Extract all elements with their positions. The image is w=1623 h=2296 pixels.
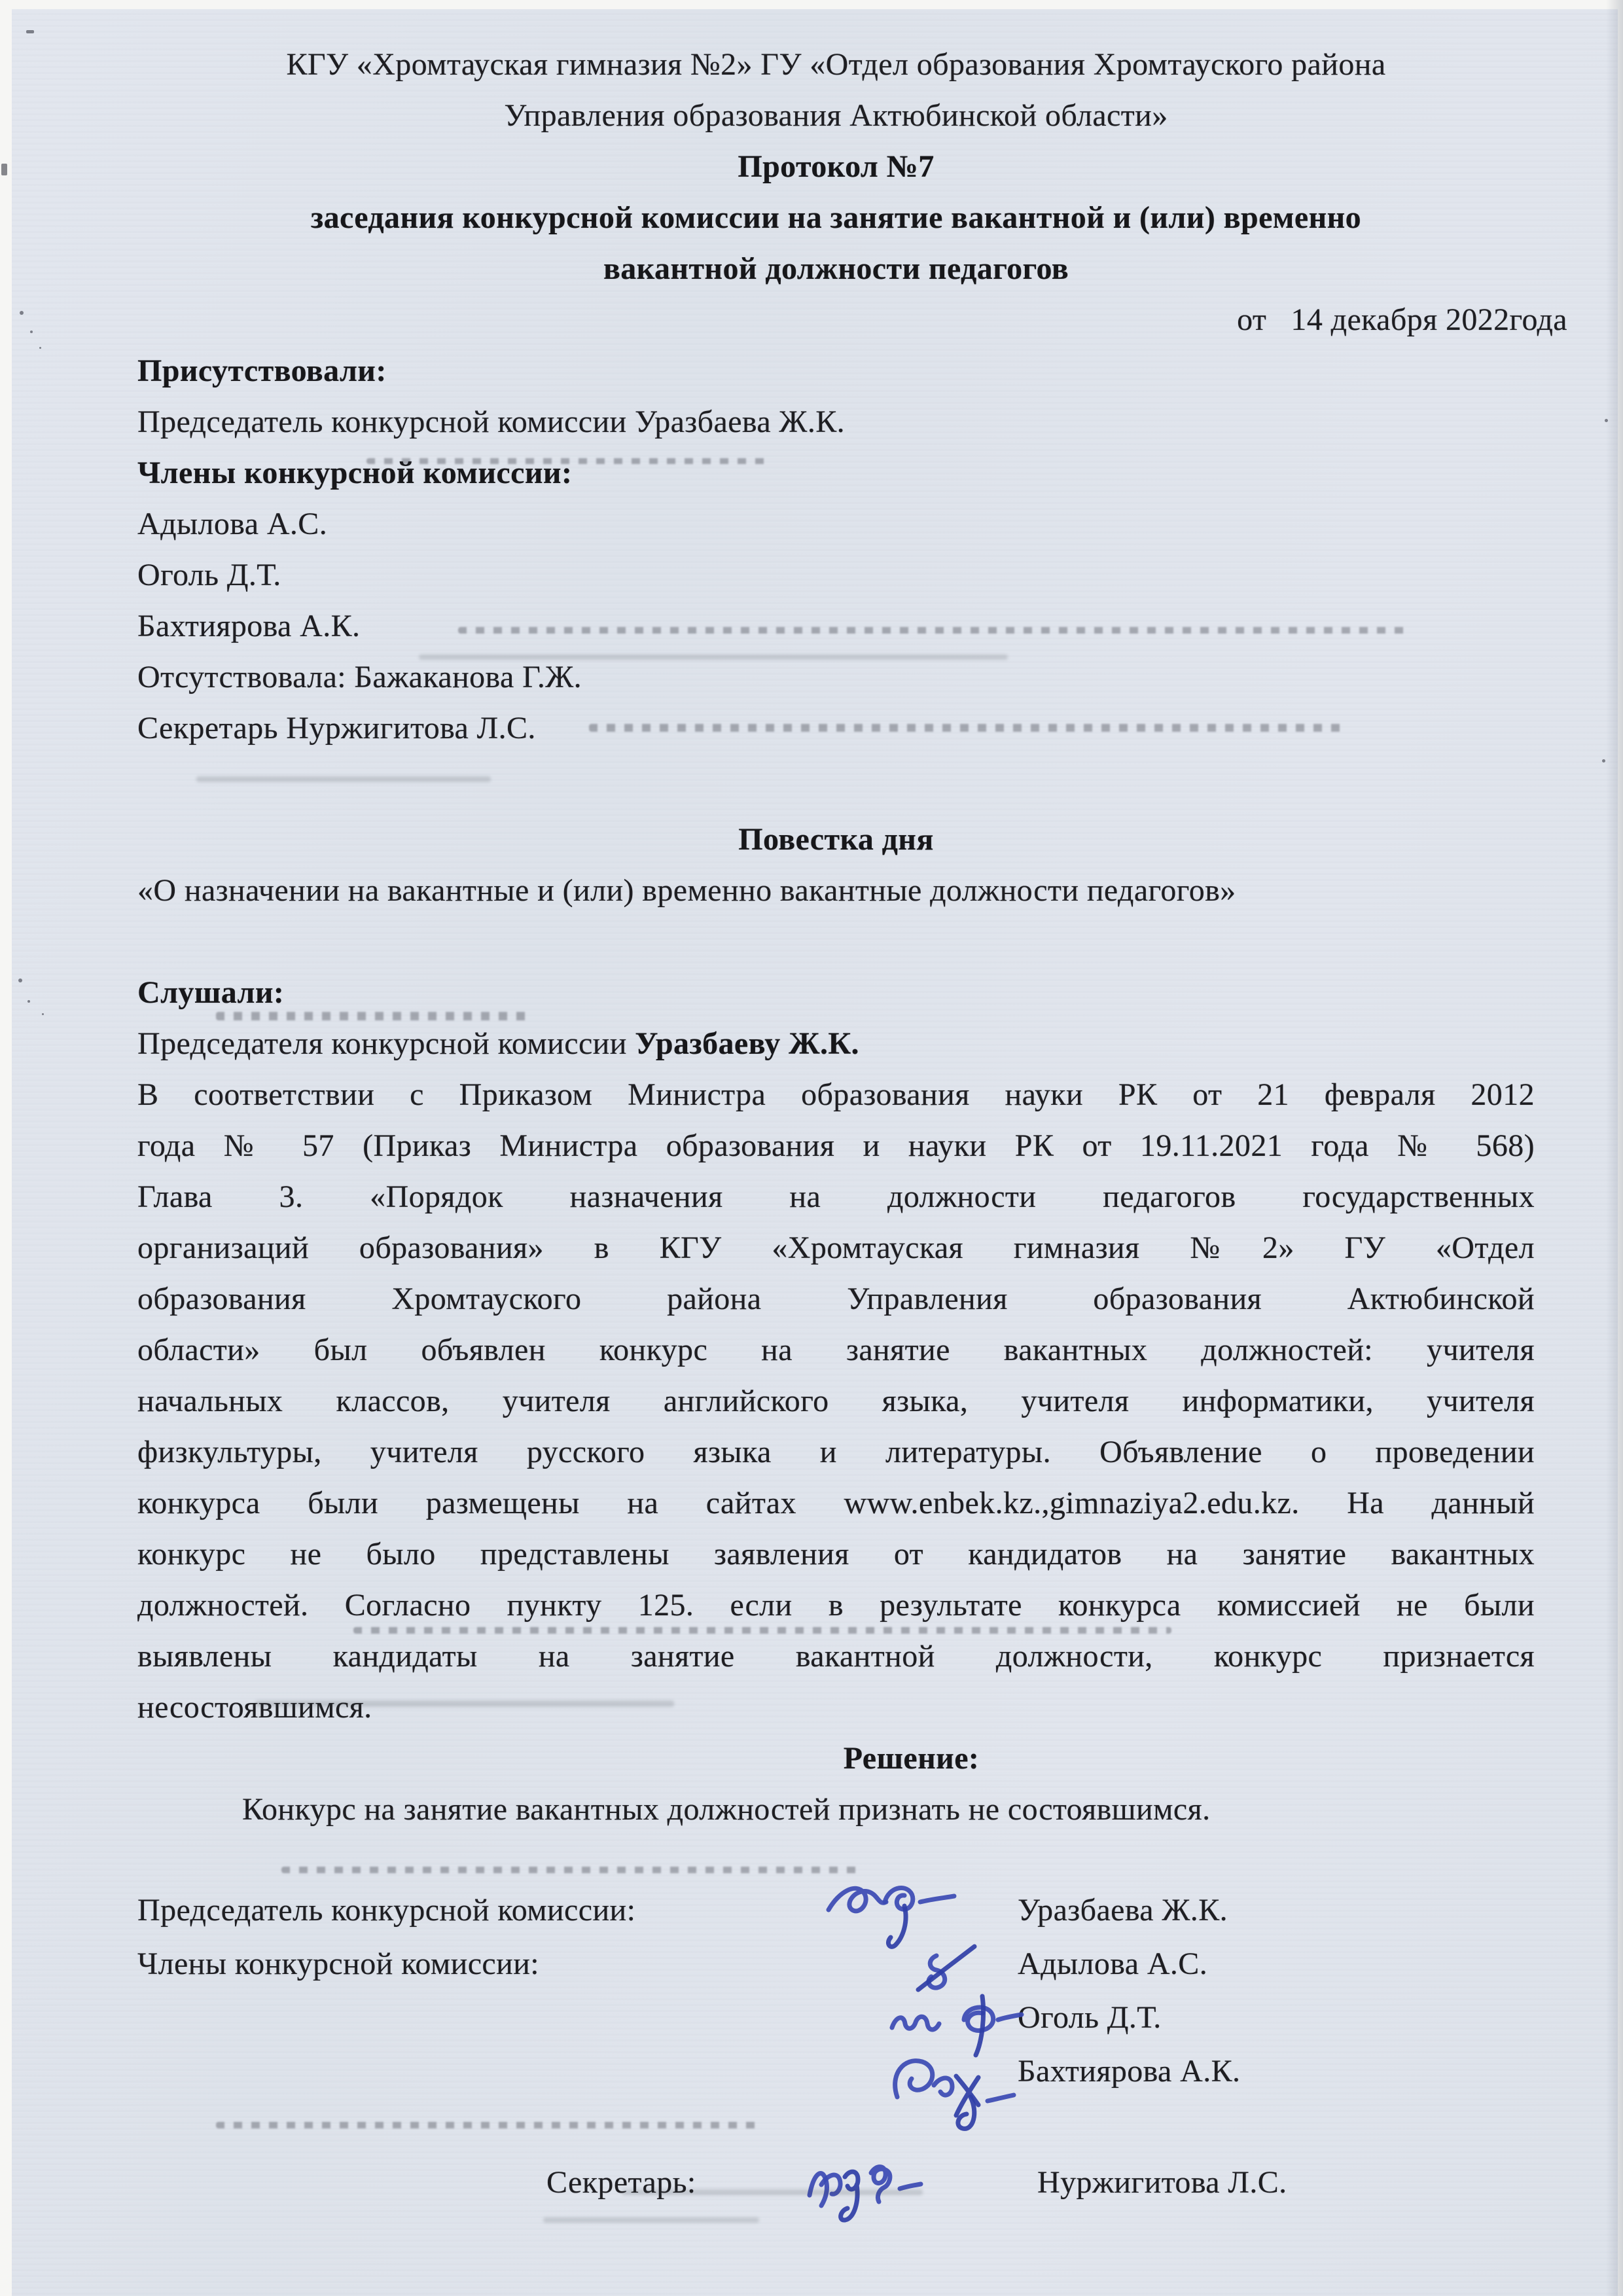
org-name-line-2: Управления образования Актюбинской облас… — [137, 90, 1535, 141]
body-line: конкурса были размещены на сайтах www.en… — [137, 1478, 1535, 1529]
secretary-label: Секретарь: — [546, 2157, 696, 2208]
signature-row-member: Оголь Д.Т. — [137, 1992, 1535, 2046]
heard-speaker-line: Председателя конкурсной комиссии Уразбае… — [137, 1018, 1535, 1069]
signee-name: Нуржигитова Л.С. — [1037, 2157, 1287, 2208]
body-line: В соответствии с Приказом Министра образ… — [137, 1069, 1535, 1121]
body-line: области» был объявлен конкурс на занятие… — [137, 1325, 1535, 1376]
signee-name: Бахтиярова А.К. — [1018, 2046, 1240, 2097]
chairman-attendance-line: Председатель конкурсной комиссии Уразбае… — [137, 397, 1535, 448]
signee-name: Уразбаева Ж.К. — [1018, 1885, 1228, 1936]
heard-speaker-prefix: Председателя конкурсной комиссии — [137, 1026, 635, 1061]
protocol-number-title: Протокол №7 — [137, 141, 1535, 192]
agenda-item: «О назначении на вакантные и (или) време… — [137, 865, 1535, 916]
scan-speckle — [1, 164, 7, 175]
meeting-subtitle-line-2: вакантной должности педагогов — [137, 243, 1535, 295]
signature-ink-nurzhigitova — [802, 2135, 946, 2240]
body-line: несостоявшимся. — [137, 1682, 1535, 1733]
signee-name: Оголь Д.Т. — [1018, 1992, 1162, 2043]
decision-heading: Решение: — [213, 1733, 1610, 1784]
body-line: года № 57 (Приказ Министра образования и… — [137, 1121, 1535, 1172]
signee-name: Адылова А.С. — [1018, 1939, 1207, 1990]
signature-row-member: Бахтиярова А.К. — [137, 2046, 1535, 2100]
org-name-line-1: КГУ «Хромтауская гимназия №2» ГУ «Отдел … — [137, 39, 1535, 90]
heard-speaker-name: Уразбаеву Ж.К. — [635, 1026, 859, 1061]
signature-label: Председатель конкурсной комиссии: — [137, 1885, 635, 1936]
body-line: конкурс не было представлены заявления о… — [137, 1529, 1535, 1580]
protocol-date: от 14 декабря 2022года — [137, 295, 1567, 346]
body-line: начальных классов, учителя английского я… — [137, 1376, 1535, 1427]
member-name: Бахтиярова А.К. — [137, 601, 1535, 652]
body-line: Глава 3. «Порядок назначения на должност… — [137, 1172, 1535, 1223]
agenda-heading: Повестка дня — [137, 814, 1535, 865]
body-line: организаций образования» в КГУ «Хромтаус… — [137, 1223, 1535, 1274]
signature-row-secretary: Секретарь: Нуржигитова Л.С. — [137, 2157, 1535, 2211]
body-line: должностей. Согласно пункту 125. если в … — [137, 1580, 1535, 1631]
member-name: Адылова А.С. — [137, 499, 1535, 550]
decision-text: Конкурс на занятие вакантных должностей … — [242, 1784, 1535, 1835]
body-line: образования Хромтауского района Управлен… — [137, 1274, 1535, 1325]
secretary-attendance-line: Секретарь Нуржигитова Л.С. — [137, 703, 1535, 754]
body-line: физкультуры, учителя русского языка и ли… — [137, 1427, 1535, 1478]
members-heading: Члены конкурсной комиссии: — [137, 448, 1535, 499]
scan-edge-shadow — [1606, 0, 1623, 2296]
signature-label: Члены конкурсной комиссии: — [137, 1939, 539, 1990]
absent-line: Отсутствовала: Бажаканова Г.Ж. — [137, 652, 1535, 703]
protocol-body-paragraph: В соответствии с Приказом Министра образ… — [137, 1069, 1535, 1733]
present-heading: Присутствовали: — [137, 346, 1535, 397]
document-body: КГУ «Хромтауская гимназия №2» ГУ «Отдел … — [137, 39, 1535, 2211]
member-name: Оголь Д.Т. — [137, 550, 1535, 601]
body-line: выявлены кандидаты на занятие вакантной … — [137, 1631, 1535, 1682]
signature-row-chairman: Председатель конкурсной комиссии: Уразба… — [137, 1885, 1535, 1939]
signature-block: Председатель конкурсной комиссии: Уразба… — [137, 1885, 1535, 2211]
signature-ink-bakhtiyarova — [887, 2034, 1037, 2145]
heard-heading: Слушали: — [137, 967, 1535, 1018]
meeting-subtitle-line-1: заседания конкурсной комиссии на занятие… — [137, 192, 1535, 243]
scanned-document-canvas: КГУ «Хромтауская гимназия №2» ГУ «Отдел … — [0, 0, 1623, 2296]
